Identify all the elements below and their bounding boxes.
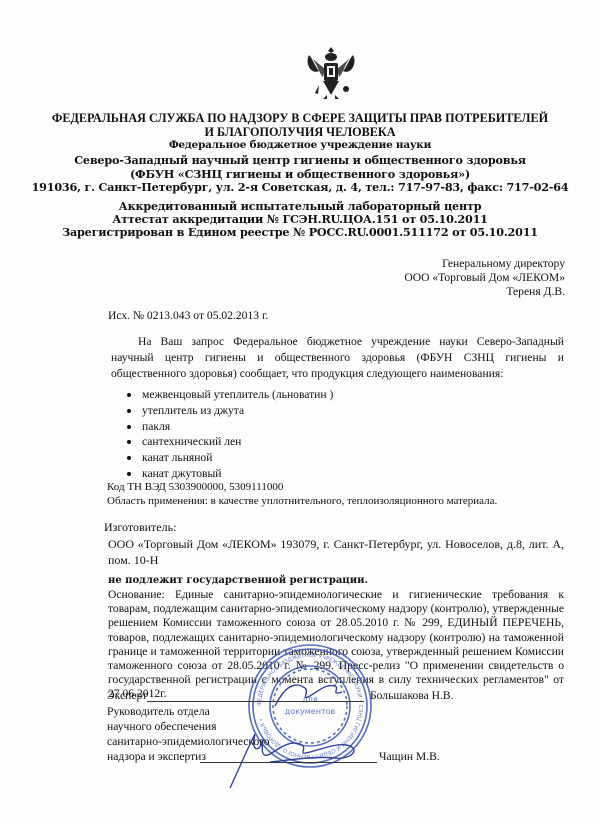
list-item: канат льняной <box>127 450 333 466</box>
head-name: Чащин М.В. <box>379 750 440 763</box>
list-item: утеплитель из джута <box>127 403 333 419</box>
institution-address: 191036, г. Санкт-Петербург, ул. 2-я Сове… <box>0 180 600 194</box>
application-area: Область применения: в качестве уплотните… <box>107 495 497 507</box>
bullet-icon <box>127 409 131 413</box>
addressee-company: ООО «Торговый Дом «ЛЕКОМ» <box>404 271 565 284</box>
head-signature-icon <box>200 722 370 792</box>
institution-type: Федеральное бюджетное учреждение науки <box>0 139 600 151</box>
outgoing-reference: Исх. № 0213.043 от 05.02.2013 г. <box>108 309 268 322</box>
head-title-1: Руководитель отдела <box>107 705 210 718</box>
addressee-position: Генеральному директору <box>442 257 565 270</box>
bullet-icon <box>127 393 131 397</box>
agency-name-line-2: И БЛАГОПОЛУЧИЯ ЧЕЛОВЕКА <box>0 125 600 140</box>
bullet-icon <box>127 472 131 476</box>
accreditation: Аттестат аккредитации № ГСЭН.RU.ЦОА.151 … <box>0 212 600 226</box>
expert-title: Эксперт <box>107 689 147 702</box>
addressee-name: Тереня Д.В. <box>506 285 565 298</box>
manufacturer-text: ООО «Торговый Дом «ЛЕКОМ» 193079, г. Сан… <box>108 537 564 568</box>
list-item: канат джутовый <box>127 466 333 482</box>
product-list: межвенцовый утеплитель (льноватин ) утеп… <box>127 387 333 482</box>
conclusion: не подлежит государственной регистрации. <box>108 575 368 586</box>
institution-abbrev: (ФБУН «СЗНЦ гигиены и общественного здор… <box>0 167 600 181</box>
list-item: межвенцовый утеплитель (льноватин ) <box>127 387 333 403</box>
institution-name: Северо-Западный научный центр гигиены и … <box>0 153 600 167</box>
bullet-icon <box>127 456 131 460</box>
agency-name-line-1: ФЕДЕРАЛЬНАЯ СЛУЖБА ПО НАДЗОРУ В СФЕРЕ ЗА… <box>0 111 600 126</box>
bullet-icon <box>127 440 131 444</box>
expert-signature-icon <box>270 676 350 716</box>
expert-name: Большакова Н.В. <box>370 689 454 702</box>
customs-code: Код ТН ВЭД 5303900000, 5309111000 <box>107 481 283 493</box>
intro-paragraph: На Ваш запрос Федеральное бюджетное учре… <box>111 334 564 383</box>
manufacturer-label: Изготовитель: <box>104 520 176 535</box>
list-item: сантехнический лен <box>127 434 333 450</box>
russian-coat-of-arms-icon <box>305 45 357 100</box>
registry: Зарегистрирован в Едином реестре № РОСС.… <box>0 225 600 239</box>
head-title-4: надзора и экспертиз <box>107 750 206 763</box>
list-item: пакля <box>127 419 333 435</box>
lab-center: Аккредитованный испытательный лабораторн… <box>0 199 600 213</box>
bullet-icon <box>127 425 131 429</box>
